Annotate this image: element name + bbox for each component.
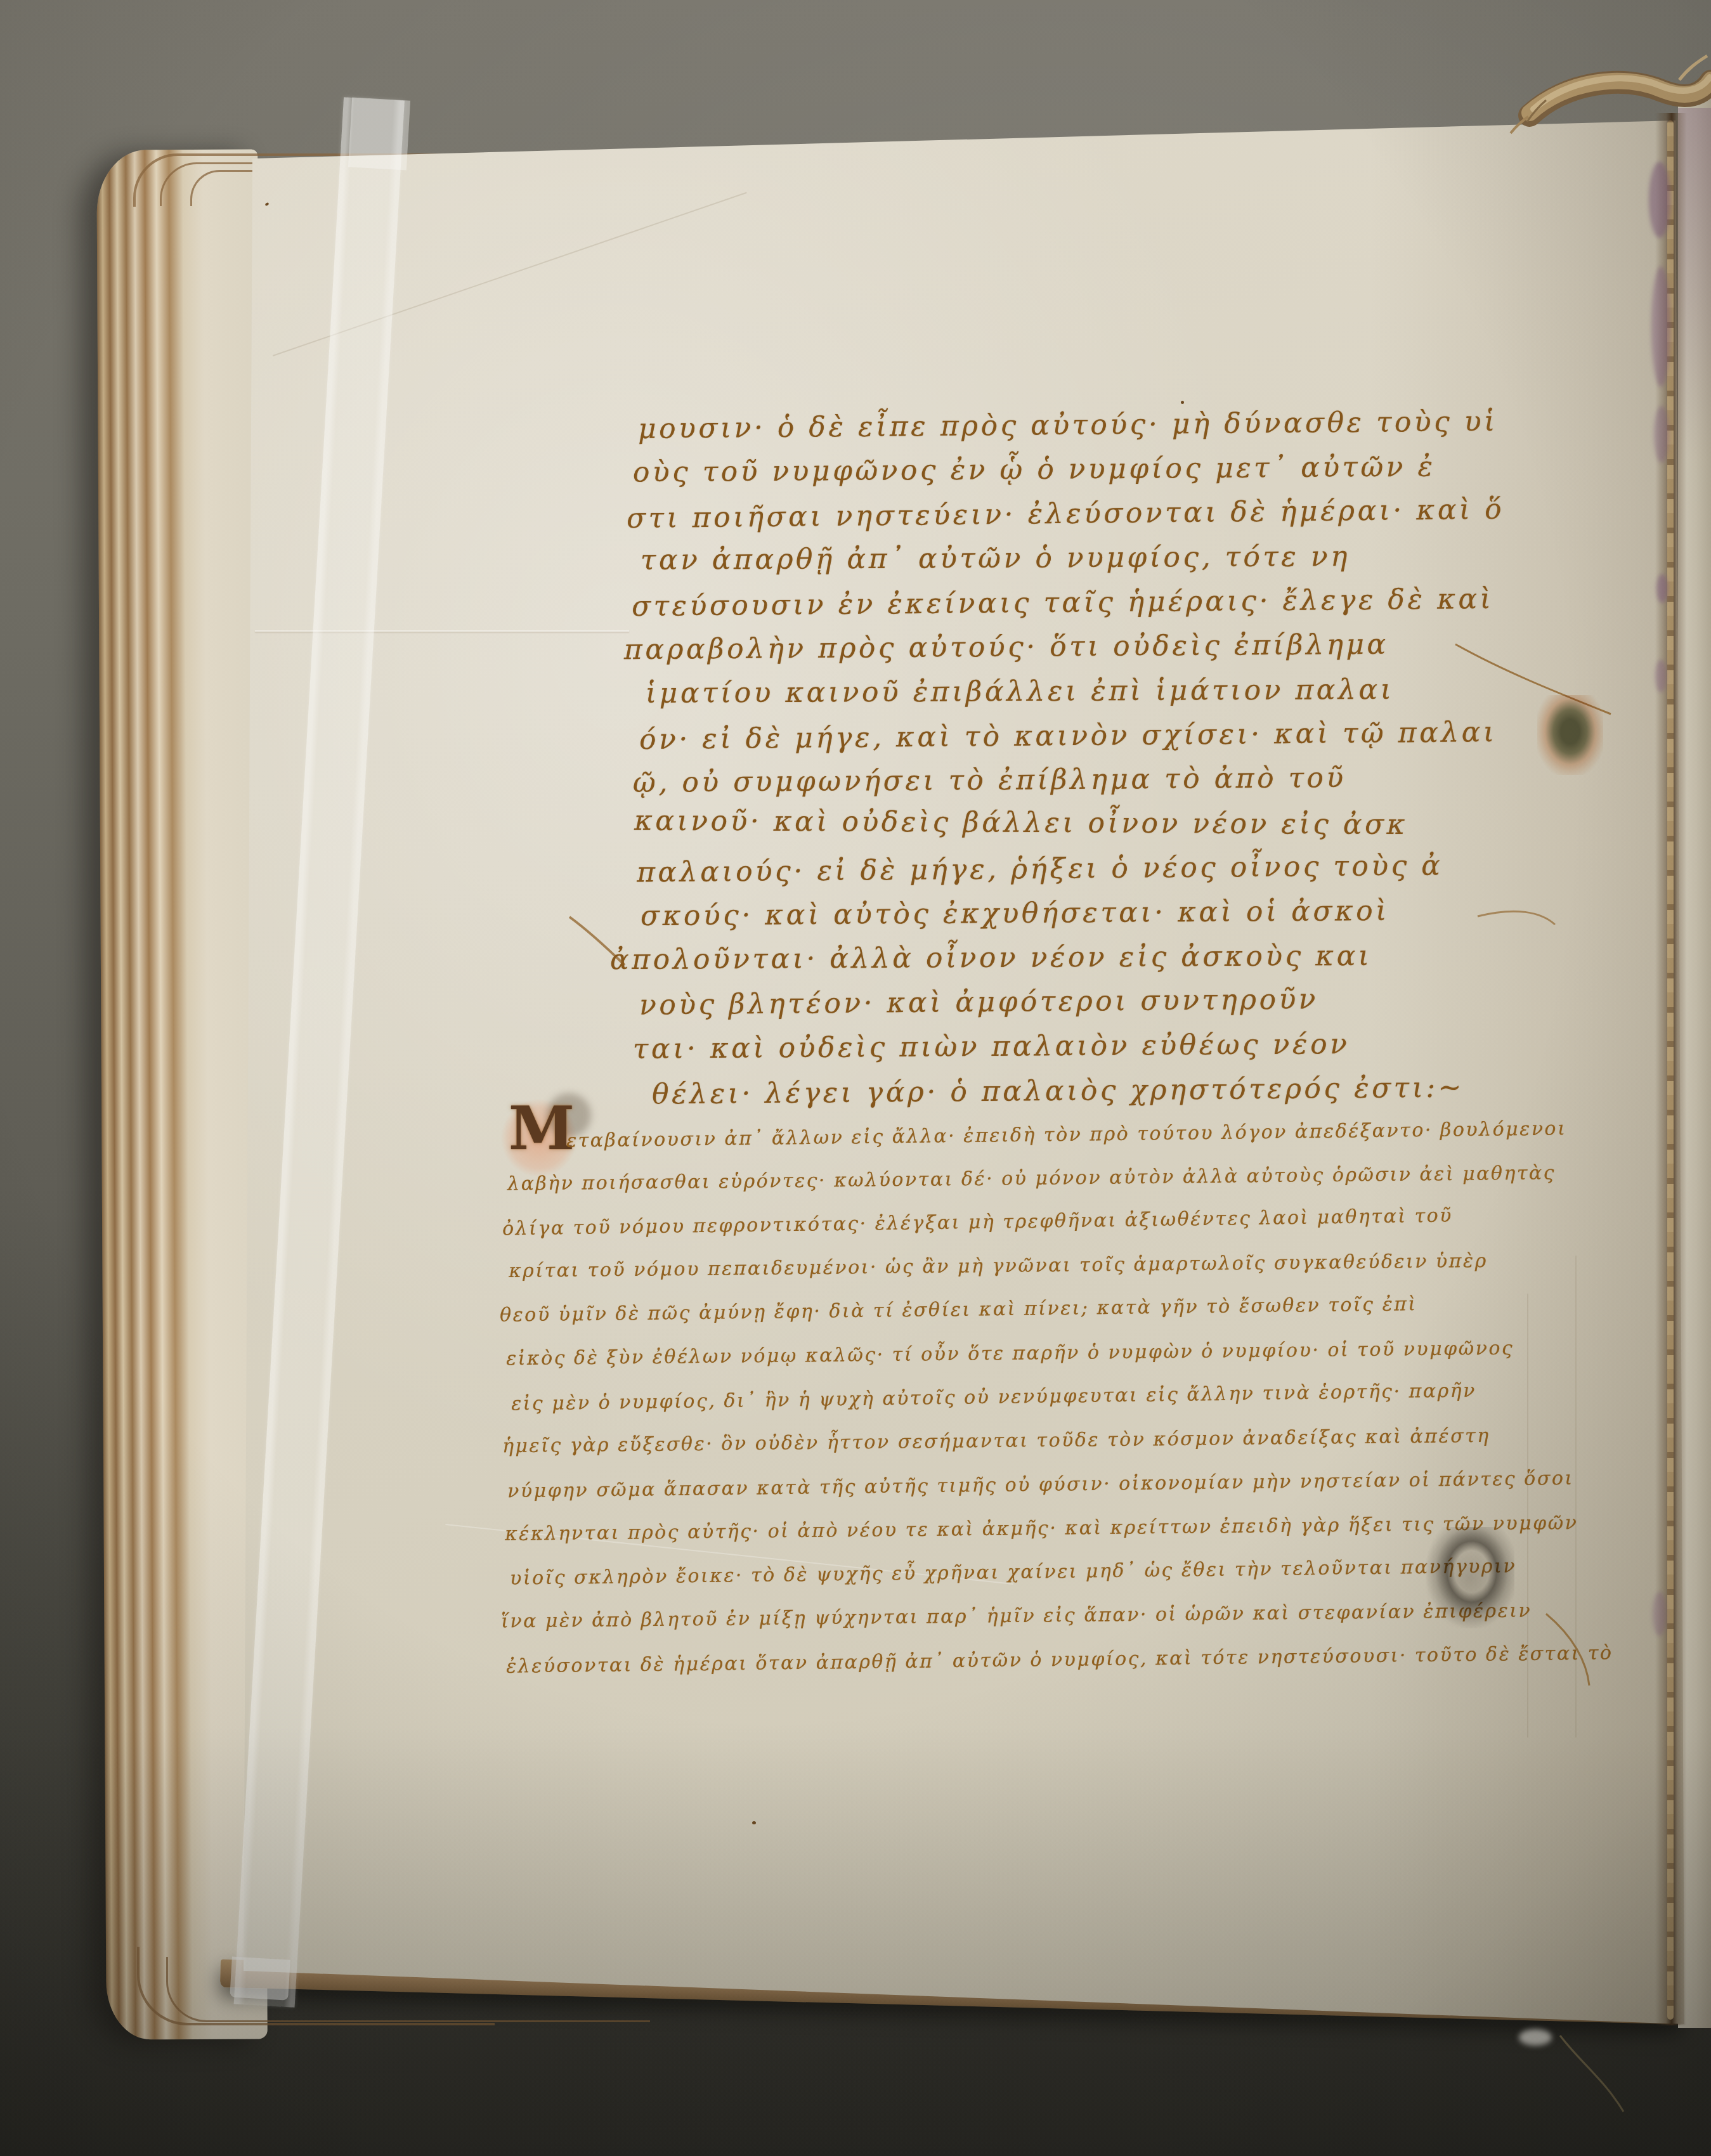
loose-thread — [1547, 2029, 1674, 2131]
conservation-tape-end — [348, 97, 410, 170]
sewing-cord — [1667, 120, 1674, 2020]
moss-stain — [1537, 695, 1603, 775]
endband-cord — [1527, 53, 1711, 142]
purple-stain — [1651, 266, 1670, 387]
soot-ring-stain — [1426, 1527, 1514, 1628]
manuscript-photograph: μουσιν· ὁ δὲ εἶπε πρὸς αὐτούς· μὴ δύνασθ… — [0, 0, 1711, 2156]
purple-stain — [1653, 1592, 1667, 1636]
purple-stain — [1654, 406, 1669, 463]
purple-stain — [1656, 574, 1668, 603]
purple-stain — [1649, 162, 1670, 238]
leaf-stack-fore-edge — [96, 149, 268, 2039]
conservation-tape-end — [230, 1956, 290, 2000]
dust-fleck — [1519, 2029, 1552, 2046]
purple-stain — [1655, 659, 1667, 692]
